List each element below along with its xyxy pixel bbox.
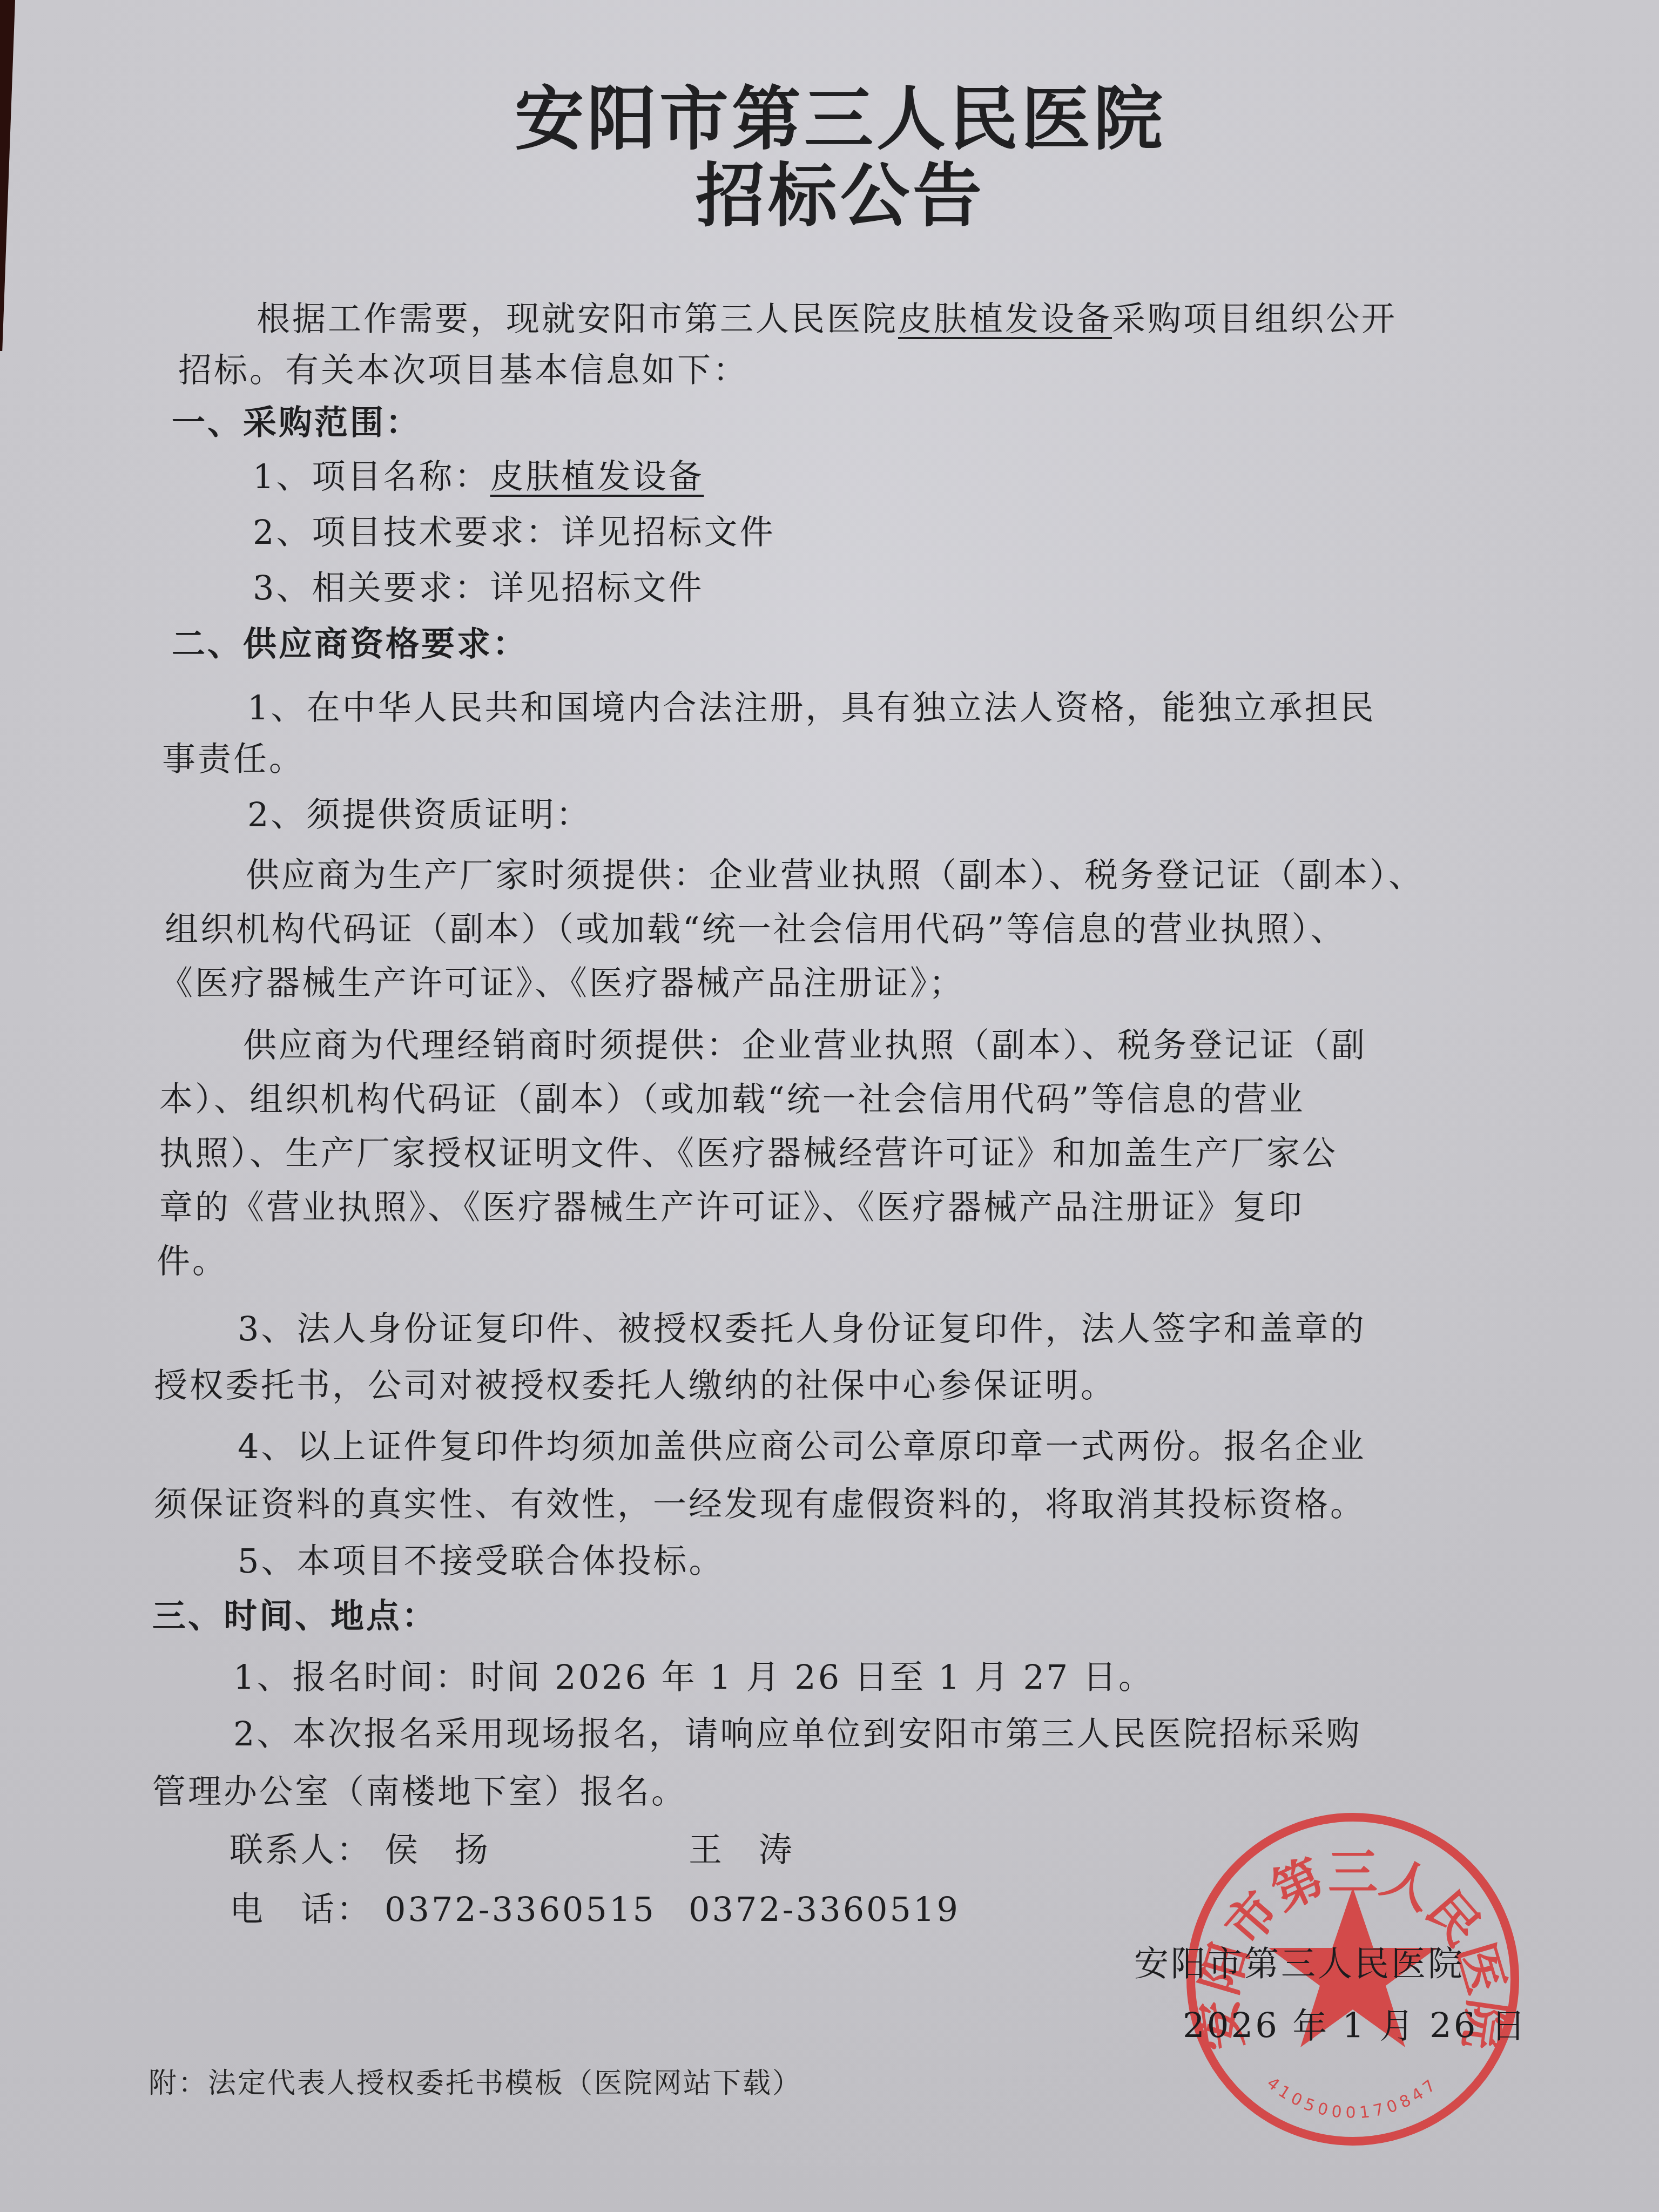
contact-person-2: 王 涛 <box>689 1833 805 1867</box>
item1-label: 1、项目名称： <box>253 457 490 496</box>
manufacturer-line: 供应商为生产厂家时须提供：企业营业执照（副本）、税务登记证（副本）、 <box>246 859 1424 892</box>
req1-line-2: 事责任。 <box>162 743 305 776</box>
section2-heading: 二、供应商资格要求： <box>172 628 528 661</box>
distributor-line: 供应商为代理经销商时须提供：企业营业执照（副本）、税务登记证（副 <box>243 1029 1367 1062</box>
req1-line-1: 1、在中华人民共和国境内合法注册，具有独立法人资格，能独立承担民 <box>247 691 1375 725</box>
req3-line: 3、法人身份证复印件、被授权委托人身份证复印件，法人签字和盖章的 <box>238 1312 1366 1346</box>
phone-2: 0372-3360519 <box>689 1893 960 1926</box>
req2-title: 2、须提供资质证明： <box>247 798 591 832</box>
svg-text:4105000170847: 4105000170847 <box>1263 2074 1442 2123</box>
contact-label: 联系人： <box>230 1833 372 1867</box>
item1-value: 皮肤植发设备 <box>490 457 704 496</box>
seal-code: 4105000170847 <box>1263 2074 1442 2123</box>
document-title: 安阳市第三人民医院 <box>11 85 1659 154</box>
req3-line: 授权委托书，公司对被授权委托人缴纳的社保中心参保证明。 <box>154 1369 1116 1402</box>
section3-item2-line-2: 管理办公室（南楼地下室）报名。 <box>152 1775 687 1809</box>
manufacturer-line: 组织机构代码证（副本）（或加载“统一社会信用代码”等信息的营业执照）、 <box>165 913 1346 946</box>
intro-suffix: 采购项目组织公开 <box>1112 299 1397 339</box>
req4-line: 须保证资料的真实性、有效性，一经发现有虚假资料的，将取消其投标资格。 <box>154 1488 1366 1521</box>
contact-person-1: 侯 扬 <box>385 1833 501 1867</box>
distributor-line: 本）、组织机构代码证（副本）（或加载“统一社会信用代码”等信息的营业 <box>159 1083 1305 1116</box>
attachment-note: 附：法定代表人授权委托书模板（医院网站下载） <box>149 2069 802 2098</box>
req4-line: 4、以上证件复印件均须加盖供应商公司公章原印章一式两份。报名企业 <box>238 1430 1366 1464</box>
intro-line-2: 招标。有关本次项目基本信息如下： <box>178 354 748 387</box>
intro-prefix: 根据工作需要，现就安阳市第三人民医院 <box>257 299 898 339</box>
req5: 5、本项目不接受联合体投标。 <box>238 1545 724 1578</box>
section1-heading: 一、采购范围： <box>172 406 421 440</box>
section3-heading: 三、时间、地点： <box>152 1600 437 1633</box>
distributor-line: 执照）、生产厂家授权证明文件、《医疗器械经营许可证》和加盖生产厂家公 <box>159 1137 1338 1170</box>
intro-line-1: 根据工作需要，现就安阳市第三人民医院皮肤植发设备采购项目组织公开 <box>257 302 1397 336</box>
intro-project-name: 皮肤植发设备 <box>898 299 1112 339</box>
document-subtitle: 招标公告 <box>11 162 1659 231</box>
section1-item1: 1、项目名称：皮肤植发设备 <box>253 460 704 494</box>
section3-item2-line-1: 2、本次报名采用现场报名，请响应单位到安阳市第三人民医院招标采购 <box>233 1717 1361 1751</box>
manufacturer-line: 《医疗器械生产许可证》、《医疗器械产品注册证》； <box>159 967 965 1000</box>
signature-org: 安阳市第三人民医院 <box>1134 1947 1465 1981</box>
phone-label: 电 话： <box>230 1893 372 1926</box>
phone-1: 0372-3360515 <box>385 1893 656 1926</box>
section1-item3: 3、相关要求：详见招标文件 <box>253 571 704 605</box>
signature-date: 2026 年 1 月 26 日 <box>1183 2009 1528 2044</box>
section3-item1: 1、报名时间：时间 2026 年 1 月 26 日至 1 月 27 日。 <box>233 1661 1154 1694</box>
distributor-line: 件。 <box>157 1245 228 1278</box>
distributor-line: 章的《营业执照》、《医疗器械生产许可证》、《医疗器械产品注册证》复印 <box>159 1191 1304 1224</box>
section1-item2: 2、项目技术要求：详见招标文件 <box>253 516 775 549</box>
